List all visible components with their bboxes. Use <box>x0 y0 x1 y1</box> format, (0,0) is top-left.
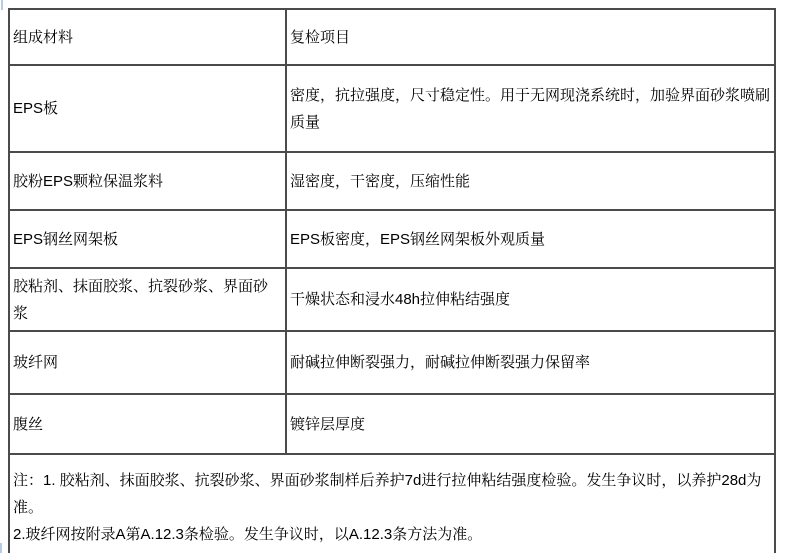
table-notes-row: 注：1. 胶粘剂、抹面胶浆、抗裂砂浆、界面砂浆制样后养护7d进行拉伸粘结强度检验… <box>9 454 775 553</box>
items-cell: 耐碱拉伸断裂强力，耐碱拉伸断裂强力保留率 <box>286 331 775 394</box>
table-row: 玻纤网 耐碱拉伸断裂强力，耐碱拉伸断裂强力保留率 <box>9 331 775 394</box>
material-cell: 胶粘剂、抹面胶浆、抗裂砂浆、界面砂浆 <box>9 268 286 331</box>
column-header-items: 复检项目 <box>286 9 775 65</box>
material-cell: 腹丝 <box>9 394 286 454</box>
screen-edge-artifact-top <box>1 0 3 10</box>
material-cell: 玻纤网 <box>9 331 286 394</box>
material-cell: EPS钢丝网架板 <box>9 210 286 268</box>
material-reinspection-table: 组成材料 复检项目 EPS板 密度，抗拉强度，尺寸稳定性。用于无网现浇系统时，加… <box>8 8 776 553</box>
table-row: 腹丝 镀锌层厚度 <box>9 394 775 454</box>
items-cell: EPS板密度，EPS钢丝网架板外观质量 <box>286 210 775 268</box>
material-cell: 胶粉EPS颗粒保温浆料 <box>9 152 286 210</box>
items-cell: 干燥状态和浸水48h拉伸粘结强度 <box>286 268 775 331</box>
items-cell: 湿密度，干密度，压缩性能 <box>286 152 775 210</box>
table-row: EPS板 密度，抗拉强度，尺寸稳定性。用于无网现浇系统时，加验界面砂浆喷刷质量 <box>9 65 775 152</box>
column-header-material: 组成材料 <box>9 9 286 65</box>
items-cell: 密度，抗拉强度，尺寸稳定性。用于无网现浇系统时，加验界面砂浆喷刷质量 <box>286 65 775 152</box>
notes-cell: 注：1. 胶粘剂、抹面胶浆、抗裂砂浆、界面砂浆制样后养护7d进行拉伸粘结强度检验… <box>9 454 775 553</box>
table-row: 胶粘剂、抹面胶浆、抗裂砂浆、界面砂浆 干燥状态和浸水48h拉伸粘结强度 <box>9 268 775 331</box>
table-header-row: 组成材料 复检项目 <box>9 9 775 65</box>
items-cell: 镀锌层厚度 <box>286 394 775 454</box>
table-row: EPS钢丝网架板 EPS板密度，EPS钢丝网架板外观质量 <box>9 210 775 268</box>
note-line-2: 2.玻纤网按附录A第A.12.3条检验。发生争议时，以A.12.3条方法为准。 <box>13 521 770 548</box>
table-row: 胶粉EPS颗粒保温浆料 湿密度，干密度，压缩性能 <box>9 152 775 210</box>
note-line-1: 注：1. 胶粘剂、抹面胶浆、抗裂砂浆、界面砂浆制样后养护7d进行拉伸粘结强度检验… <box>13 467 770 521</box>
material-cell: EPS板 <box>9 65 286 152</box>
screen-edge-artifact-bottom <box>0 543 2 553</box>
